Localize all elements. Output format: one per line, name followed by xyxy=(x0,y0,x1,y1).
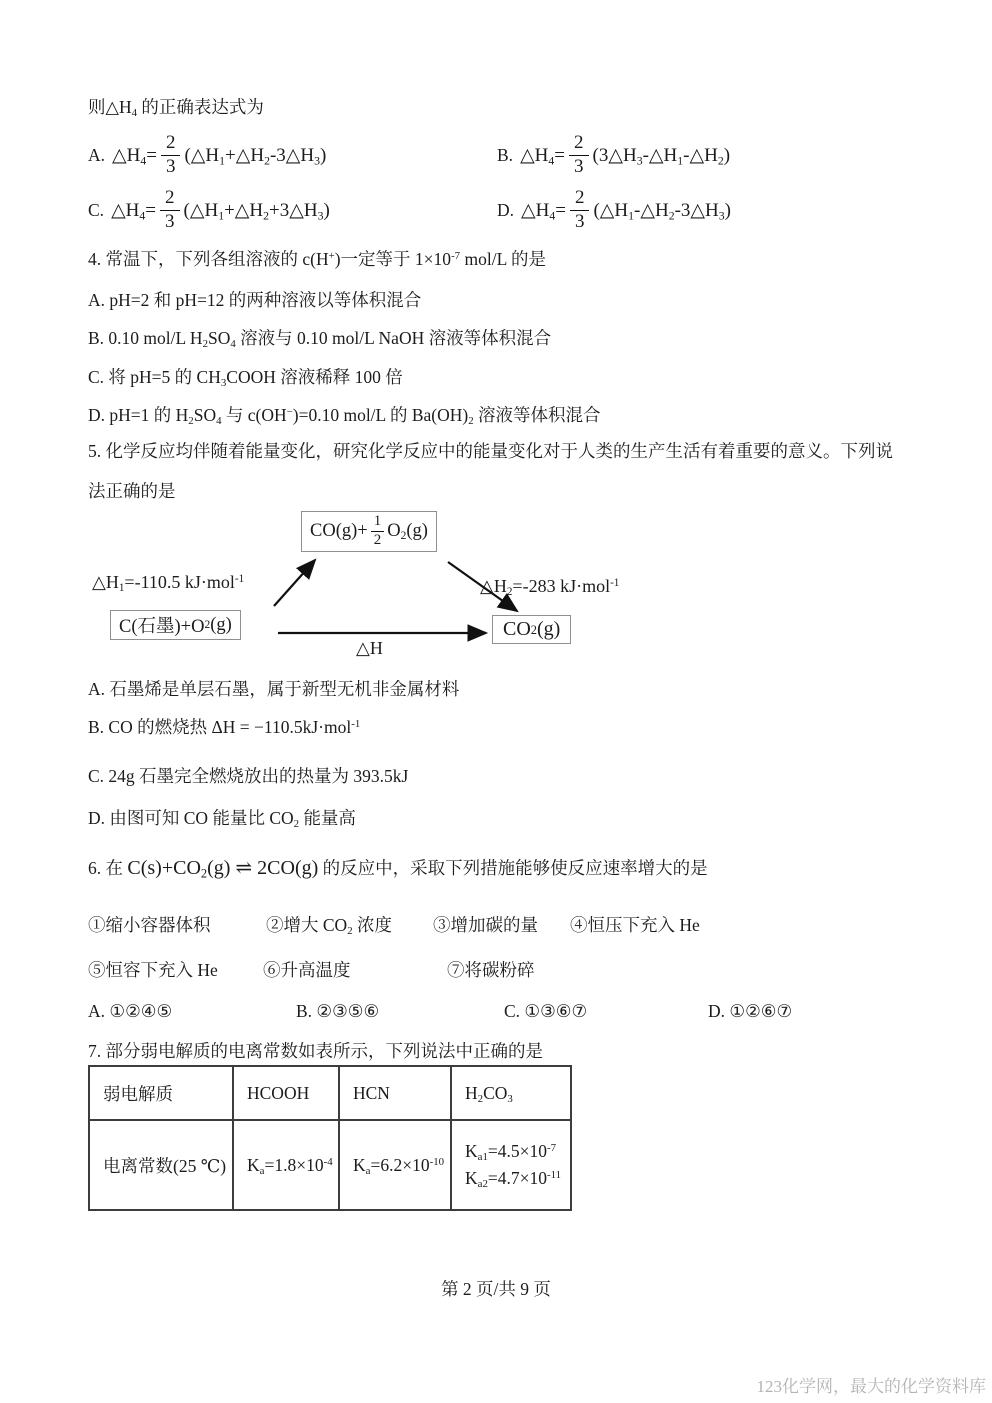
fraction: 23 xyxy=(569,133,589,177)
option-label: D. xyxy=(497,200,514,221)
option-label: A. xyxy=(88,145,105,166)
q6-stem: 6. 在 C(s)+CO2(g) ⇌ 2CO(g) 的反应中，采取下列措施能够使… xyxy=(88,855,708,881)
header-h2co3: H2CO3 xyxy=(451,1066,571,1120)
diagram-box-co2: CO2(g) xyxy=(492,615,571,644)
q6-reaction-formula: C(s)+CO2(g) ⇌ 2CO(g) xyxy=(127,857,318,879)
formula-rhs: (△H1+△H2-3△H3) xyxy=(184,144,326,167)
formula-lhs: △H4= xyxy=(521,199,566,222)
formula-lhs: △H4= xyxy=(111,199,156,222)
q6-measure-3: ③增加碳的量 xyxy=(433,912,538,938)
fraction: 23 xyxy=(570,188,590,232)
diagram-box-graphite: C(石墨)+O2(g) xyxy=(110,610,241,640)
q4-option-b: B. 0.10 mol/L H2SO4 溶液与 0.10 mol/L NaOH … xyxy=(88,325,551,351)
q5-stem-line1: 5. 化学反应均伴随着能量变化，研究化学反应中的能量变化对于人类的生产生活有着重… xyxy=(88,438,893,464)
q6-option-a: A. ①②④⑤ xyxy=(88,998,172,1024)
q7-stem: 7. 部分弱电解质的电离常数如表所示，下列说法中正确的是 xyxy=(88,1038,543,1064)
cell-h2co3-ka: Ka1=4.5×10-7 Ka2=4.7×10-11 xyxy=(451,1120,571,1210)
q6-measure-4: ④恒压下充入 He xyxy=(570,912,700,938)
q6-option-c: C. ①③⑥⑦ xyxy=(504,998,587,1024)
q5-option-b-text: B. CO 的燃烧热 ΔH = −110.5kJ·mol-1 xyxy=(88,717,360,737)
exam-page: 则△H4 的正确表达式为 A. △H4= 23 (△H1+△H2-3△H3) B… xyxy=(0,0,992,1403)
q1-option-a: A. △H4= 23 (△H1+△H2-3△H3) xyxy=(88,127,326,183)
delta-h-label: △H xyxy=(356,638,383,659)
q4-option-d: D. pH=1 的 H2SO4 与 c(OH−)=0.10 mol/L 的 Ba… xyxy=(88,402,601,428)
delta-h1-label: △H1=-110.5 kJ·mol-1 xyxy=(92,572,244,593)
header-hcooh: HCOOH xyxy=(233,1066,339,1120)
q6-measure-1: ①缩小容器体积 xyxy=(88,912,211,938)
energy-cycle-diagram: CO(g)+ 12 O2(g) △H1=-110.5 kJ·mol-1 C(石墨… xyxy=(88,508,668,673)
q6-measure-2: ②增大 CO2 浓度 xyxy=(266,912,392,938)
h2co3-ka2: Ka2=4.7×10-11 xyxy=(465,1168,566,1190)
cell-row-label: 电离常数(25 ℃) xyxy=(89,1120,233,1210)
fraction: 23 xyxy=(160,188,180,232)
formula-lhs: △H4= xyxy=(112,144,157,167)
q1-intro: 则△H4 的正确表达式为 xyxy=(88,94,264,120)
cell-hcn-ka: Ka=6.2×10-10 xyxy=(339,1120,451,1210)
q6-stem-pre: 6. 在 xyxy=(88,858,127,878)
co-box-prefix: CO(g)+ xyxy=(310,521,368,542)
site-watermark: 123化学网，最大的化学资料库 xyxy=(757,1372,987,1397)
formula-rhs: (△H1-△H2-3△H3) xyxy=(593,199,731,222)
page-number: 第 2 页/共 9 页 xyxy=(0,1276,992,1301)
formula-lhs: △H4= xyxy=(520,144,565,167)
co-box-suffix: O2(g) xyxy=(387,521,428,542)
formula-rhs: (△H1+△H2+3△H3) xyxy=(184,199,330,222)
q5-stem-line2: 法正确的是 xyxy=(88,478,176,504)
q6-option-d: D. ①②⑥⑦ xyxy=(708,998,792,1024)
header-weak-electrolyte: 弱电解质 xyxy=(89,1066,233,1120)
option-label: C. xyxy=(88,200,104,221)
one-half-fraction: 12 xyxy=(371,514,385,549)
q6-measure-7: ⑦将碳粉碎 xyxy=(447,957,535,983)
q5-option-b: B. CO 的燃烧热 ΔH = −110.5kJ·mol-1 xyxy=(88,714,360,740)
q1-option-b: B. △H4= 23 (3△H3-△H1-△H2) xyxy=(497,127,730,183)
q6-measure-6: ⑥升高温度 xyxy=(263,957,351,983)
header-hcn: HCN xyxy=(339,1066,451,1120)
q5-option-a: A. 石墨烯是单层石墨，属于新型无机非金属材料 xyxy=(88,676,459,702)
table-header-row: 弱电解质 HCOOH HCN H2CO3 xyxy=(89,1066,571,1120)
q6-measure-5: ⑤恒容下充入 He xyxy=(88,957,218,983)
h2co3-ka1: Ka1=4.5×10-7 xyxy=(465,1141,566,1163)
q6-option-b: B. ②③⑤⑥ xyxy=(296,998,379,1024)
q5-option-c: C. 24g 石墨完全燃烧放出的热量为 393.5kJ xyxy=(88,763,408,789)
fraction: 23 xyxy=(161,133,181,177)
q4-option-c: C. 将 pH=5 的 CH3COOH 溶液稀释 100 倍 xyxy=(88,364,403,390)
q1-option-c: C. △H4= 23 (△H1+△H2+3△H3) xyxy=(88,182,330,238)
q5-option-d: D. 由图可知 CO 能量比 CO2 能量高 xyxy=(88,805,356,831)
cell-hcooh-ka: Ka=1.8×10-4 xyxy=(233,1120,339,1210)
ionization-constants-table: 弱电解质 HCOOH HCN H2CO3 电离常数(25 ℃) Ka=1.8×1… xyxy=(88,1065,572,1211)
q6-stem-post: 的反应中，采取下列措施能够使反应速率增大的是 xyxy=(318,858,707,878)
q4-option-a: A. pH=2 和 pH=12 的两种溶液以等体积混合 xyxy=(88,287,421,313)
formula-rhs: (3△H3-△H1-△H2) xyxy=(593,144,731,167)
table-data-row: 电离常数(25 ℃) Ka=1.8×10-4 Ka=6.2×10-10 Ka1=… xyxy=(89,1120,571,1210)
diagram-box-co: CO(g)+ 12 O2(g) xyxy=(301,511,437,552)
delta-h2-label: △H2=-283 kJ·mol-1 xyxy=(480,576,619,597)
option-label: B. xyxy=(497,145,513,166)
q4-stem: 4. 常温下，下列各组溶液的 c(H+)一定等于 1×10-7 mol/L 的是 xyxy=(88,246,546,272)
q1-option-d: D. △H4= 23 (△H1-△H2-3△H3) xyxy=(497,182,731,238)
